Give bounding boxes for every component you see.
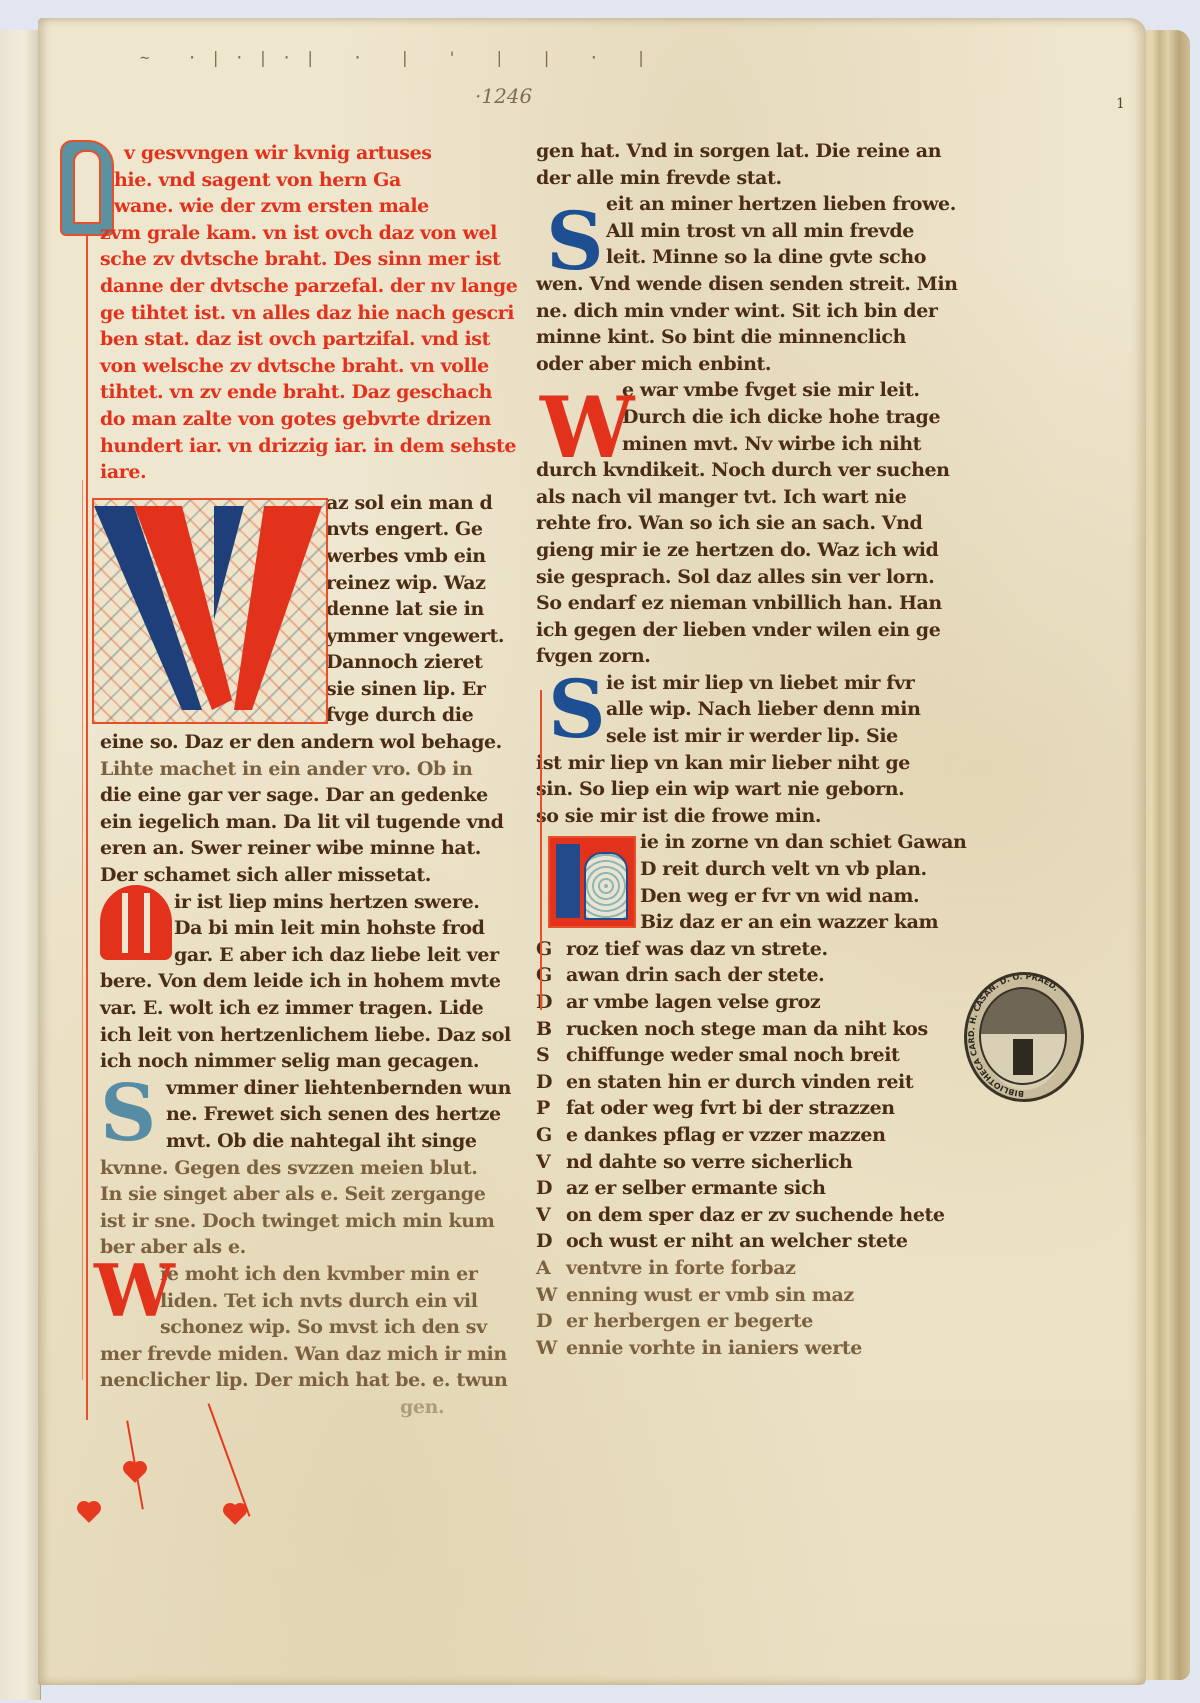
text-line: ie moht ich den kvmber min er xyxy=(160,1261,540,1288)
verse-line: Groz tief was daz vn strete. xyxy=(536,936,956,963)
text-line: nenclicher lip. Der mich hat be. e. twun xyxy=(100,1367,540,1394)
text-line: ich noch nimmer selig man gecagen. xyxy=(100,1048,540,1075)
initial-w-illuminated xyxy=(92,498,328,724)
folio-number: ·1246 xyxy=(475,84,532,108)
text-line: Dannoch zieret xyxy=(326,649,540,676)
verse-initial: G xyxy=(536,1122,566,1149)
rubric-line: zvm grale kam. vn ist ovch daz von wel xyxy=(100,220,540,247)
rubric-line: hie. vnd sagent von hern Ga xyxy=(100,167,540,194)
verse-initial: W xyxy=(536,1282,566,1309)
text-line: gen hat. Vnd in sorgen lat. Die reine an xyxy=(536,138,956,165)
rubric-line: do man zalte von gotes gebvrte drizen xyxy=(100,406,540,433)
verse-initial: S xyxy=(536,1042,566,1069)
initial-m-red xyxy=(100,885,172,960)
left-border-rule-inner xyxy=(82,480,83,1380)
rubric-line: tihtet. vn zv ende braht. Daz geschach xyxy=(100,379,540,406)
svg-text:BIBLIOTHECA CARD. H. CASAN. D.: BIBLIOTHECA CARD. H. CASAN. D. O. PRAED. xyxy=(967,975,1060,1098)
verse-text: az er selber ermante sich xyxy=(566,1177,826,1199)
verse-text: roz tief was daz vn strete. xyxy=(566,938,828,960)
verse-line: Gawan drin sach der stete. xyxy=(536,962,956,989)
verse-text: awan drin sach der stete. xyxy=(566,964,824,986)
verse-initial: V xyxy=(536,1149,566,1176)
text-line: oder aber mich enbint. xyxy=(536,351,956,378)
verse-line: Den staten hin er durch vinden reit xyxy=(536,1069,956,1096)
text-line: denne lat sie in xyxy=(326,596,540,623)
text-line: So endarf ez nieman vnbillich han. Han xyxy=(536,590,956,617)
text-line: minne kint. So bint die minnenclich xyxy=(536,324,956,351)
text-line: Der schamet sich aller missetat. xyxy=(100,862,540,889)
verse-initial: B xyxy=(536,1016,566,1043)
text-line: eren an. Swer reiner wibe minne hat. xyxy=(100,835,540,862)
verse-text: chiffunge weder smal noch breit xyxy=(566,1044,899,1066)
text-line: sie sinen lip. Er xyxy=(326,676,540,703)
text-line: kvnne. Gegen des svzzen meien blut. xyxy=(100,1155,540,1182)
verse-text: er herbergen er begerte xyxy=(566,1310,813,1332)
verse-text: ar vmbe lagen velse groz xyxy=(566,991,820,1013)
text-line: All min trost vn all min frevde xyxy=(606,218,956,245)
text-line: bere. Von dem leide ich in hohem mvte xyxy=(100,968,540,995)
verse-initial: D xyxy=(536,1069,566,1096)
text-line: liden. Tet ich nvts durch ein vil xyxy=(160,1288,540,1315)
seal-legend: BIBLIOTHECA CARD. H. CASAN. D. O. PRAED. xyxy=(967,975,1081,1099)
initial-w-red-right: W xyxy=(540,378,634,477)
initial-s-blue: S xyxy=(100,1068,156,1159)
text-line: az sol ein man d xyxy=(326,490,540,517)
verse-line: Von dem sper daz er zv suchende hete xyxy=(536,1202,956,1229)
text-line: sele ist mir ir werder lip. Sie xyxy=(606,723,956,750)
verse-text: rucken noch stege man da niht kos xyxy=(566,1018,928,1040)
verse-text: e dankes pflag er vzzer mazzen xyxy=(566,1124,886,1146)
text-line: gieng mir ie ze hertzen do. Waz ich wid xyxy=(536,537,956,564)
text-line: nvts engert. Ge xyxy=(326,516,540,543)
initial-w-red: W xyxy=(94,1248,175,1333)
verse-line: Aventvre in forte forbaz xyxy=(536,1255,956,1282)
verse-text: en staten hin er durch vinden reit xyxy=(566,1071,913,1093)
text-line: ich leit von hertzenlichem liebe. Daz so… xyxy=(100,1022,540,1049)
verse-text: ennie vorhte in ianiers werte xyxy=(566,1337,862,1359)
verse-text: nd dahte so verre sicherlich xyxy=(566,1151,852,1173)
body-block-1: eine so. Daz er den andern wol behage. L… xyxy=(100,729,540,889)
verse-line: Ge dankes pflag er vzzer mazzen xyxy=(536,1122,956,1149)
text-line: D reit durch velt vn vb plan. xyxy=(640,856,956,883)
rubric-line: sche zv dvtsche braht. Des sinn mer ist xyxy=(100,246,540,273)
right-column-border-rule xyxy=(540,690,542,1010)
rubric-line: hundert iar. vn drizzig iar. in dem sehs… xyxy=(100,433,540,460)
text-line: vmmer diner liehtenbernden wun xyxy=(166,1075,540,1102)
verse-text: och wust er niht an welcher stete xyxy=(566,1230,908,1252)
text-line: fvge durch die xyxy=(326,702,540,729)
text-line: mer frevde miden. Wan daz mich ir min xyxy=(100,1341,540,1368)
text-line: die eine gar ver sage. Dar an gedenke xyxy=(100,782,540,809)
verse-line: Der herbergen er begerte xyxy=(536,1308,956,1335)
text-line: ne. dich min vnder wint. Sit ich bin der xyxy=(536,298,956,325)
verse-text: ventvre in forte forbaz xyxy=(566,1257,796,1279)
verse-line: Pfat oder weg fvrt bi der strazzen xyxy=(536,1095,956,1122)
text-line: werbes vmb ein xyxy=(326,543,540,570)
text-line: gar. E aber ich daz liebe leit ver xyxy=(174,942,540,969)
verse-line: Wennie vorhte in ianiers werte xyxy=(536,1335,956,1362)
text-line: e war vmbe fvget sie mir leit. xyxy=(622,377,956,404)
text-line: Durch die ich dicke hohe trage xyxy=(622,404,956,431)
rubric-line: von welsche zv dvtsche braht. vn volle xyxy=(100,353,540,380)
text-line: ie ist mir liep vn liebet mir fvr xyxy=(606,670,956,697)
initial-h-illuminated xyxy=(548,836,636,928)
text-line: schonez wip. So mvst ich den sv xyxy=(160,1314,540,1341)
verse-line: Schiffunge weder smal noch breit xyxy=(536,1042,956,1069)
initial-s2-blue-right: S xyxy=(548,662,606,756)
text-line: In sie singet aber als e. Seit zergange xyxy=(100,1181,540,1208)
text-line: alle wip. Nach lieber denn min xyxy=(606,696,956,723)
text-line: eit an miner hertzen lieben frowe. xyxy=(606,191,956,218)
text-line: Lihte machet in ein ander vro. Ob in xyxy=(100,756,540,783)
s-section: vmmer diner liehtenbernden wun ne. Frewe… xyxy=(100,1075,540,1181)
verse-initial: W xyxy=(536,1335,566,1362)
text-line: der alle min frevde stat. xyxy=(536,165,956,192)
body-block-2: bere. Von dem leide ich in hohem mvte va… xyxy=(100,968,540,1074)
rubric-line: iare. xyxy=(100,459,540,486)
rubric-line: danne der dvtsche parzefal. der nv lange xyxy=(100,273,540,300)
rubric-line: v gesvvngen wir kvnig artuses xyxy=(100,140,540,167)
text-line: var. E. wolt ich ez immer tragen. Lide xyxy=(100,995,540,1022)
verse-initial: D xyxy=(536,1175,566,1202)
text-line: ist ir sne. Doch twinget mich min kum xyxy=(100,1208,540,1235)
verse-initial: D xyxy=(536,1228,566,1255)
verse-list: Groz tief was daz vn strete. Gawan drin … xyxy=(536,936,956,1362)
text-line: ich gegen der lieben vnder wilen ein ge xyxy=(536,617,956,644)
left-column: v gesvvngen wir kvnig artuses hie. vnd s… xyxy=(100,140,540,1421)
text-line: Da bi min leit min hohste frod xyxy=(174,915,540,942)
text-line: mvt. Ob die nahtegal iht singe xyxy=(166,1128,540,1155)
text-line: ein iegelich man. Da lit vil tugende vnd xyxy=(100,809,540,836)
verse-text: fat oder weg fvrt bi der strazzen xyxy=(566,1097,895,1119)
text-line: sin. So liep ein wip wart nie geborn. xyxy=(536,776,956,803)
leaf-mark: 1 xyxy=(1116,96,1125,112)
text-line: gen. xyxy=(100,1394,540,1421)
verse-line: Daz er selber ermante sich xyxy=(536,1175,956,1202)
text-line: reinez wip. Waz xyxy=(326,570,540,597)
library-seal-stamp: BIBLIOTHECA CARD. H. CASAN. D. O. PRAED. xyxy=(964,972,1084,1102)
text-line: minen mvt. Nv wirbe ich niht xyxy=(622,431,956,458)
rubric-block: v gesvvngen wir kvnig artuses hie. vnd s… xyxy=(100,140,540,486)
verse-initial: D xyxy=(536,1308,566,1335)
verse-initial: A xyxy=(536,1255,566,1282)
text-line: so sie mir ist die frowe min. xyxy=(536,803,956,830)
left-border-rule xyxy=(86,230,88,1420)
initial-s-blue-right: S xyxy=(546,194,604,288)
verse-line: Dar vmbe lagen velse groz xyxy=(536,989,956,1016)
verse-text: enning wust er vmb sin maz xyxy=(566,1284,854,1306)
text-line: ir ist liep mins hertzen swere. xyxy=(174,889,540,916)
verse-line: Doch wust er niht an welcher stete xyxy=(536,1228,956,1255)
verse-initial: V xyxy=(536,1202,566,1229)
text-line: Den weg er fvr vn wid nam. xyxy=(640,883,956,910)
text-line: als nach vil manger tvt. Ich wart nie xyxy=(536,484,956,511)
verse-text: on dem sper daz er zv suchende hete xyxy=(566,1204,945,1226)
text-line: ie in zorne vn dan schiet Gawan xyxy=(640,829,956,856)
previous-leaf-edge xyxy=(0,30,41,1700)
verse-initial: P xyxy=(536,1095,566,1122)
verse-line: Brucken noch stege man da niht kos xyxy=(536,1016,956,1043)
text-line: eine so. Daz er den andern wol behage. xyxy=(100,729,540,756)
text-line: ymmer vngewert. xyxy=(326,623,540,650)
rubric-line: ge tihtet ist. vn alles daz hie nach ges… xyxy=(100,300,540,327)
verse-line: Vnd dahte so verre sicherlich xyxy=(536,1149,956,1176)
rubric-line: wane. wie der zvm ersten male xyxy=(100,193,540,220)
rubric-line: ben stat. daz ist ovch partzifal. vnd is… xyxy=(100,326,540,353)
text-line: Biz daz er an ein wazzer kam xyxy=(640,909,956,936)
body-block-4: mer frevde miden. Wan daz mich ir min ne… xyxy=(100,1341,540,1421)
verse-line: Wenning wust er vmb sin maz xyxy=(536,1282,956,1309)
top-margin-marks: ~ ·|·|·| · | ' | | · | xyxy=(140,48,660,67)
text-line: rehte fro. Wan so ich sie an sach. Vnd xyxy=(536,510,956,537)
text-line: sie gesprach. Sol daz alles sin ver lorn… xyxy=(536,564,956,591)
text-line: leit. Minne so la dine gvte scho xyxy=(606,244,956,271)
text-line: ne. Frewet sich senen des hertze xyxy=(166,1101,540,1128)
